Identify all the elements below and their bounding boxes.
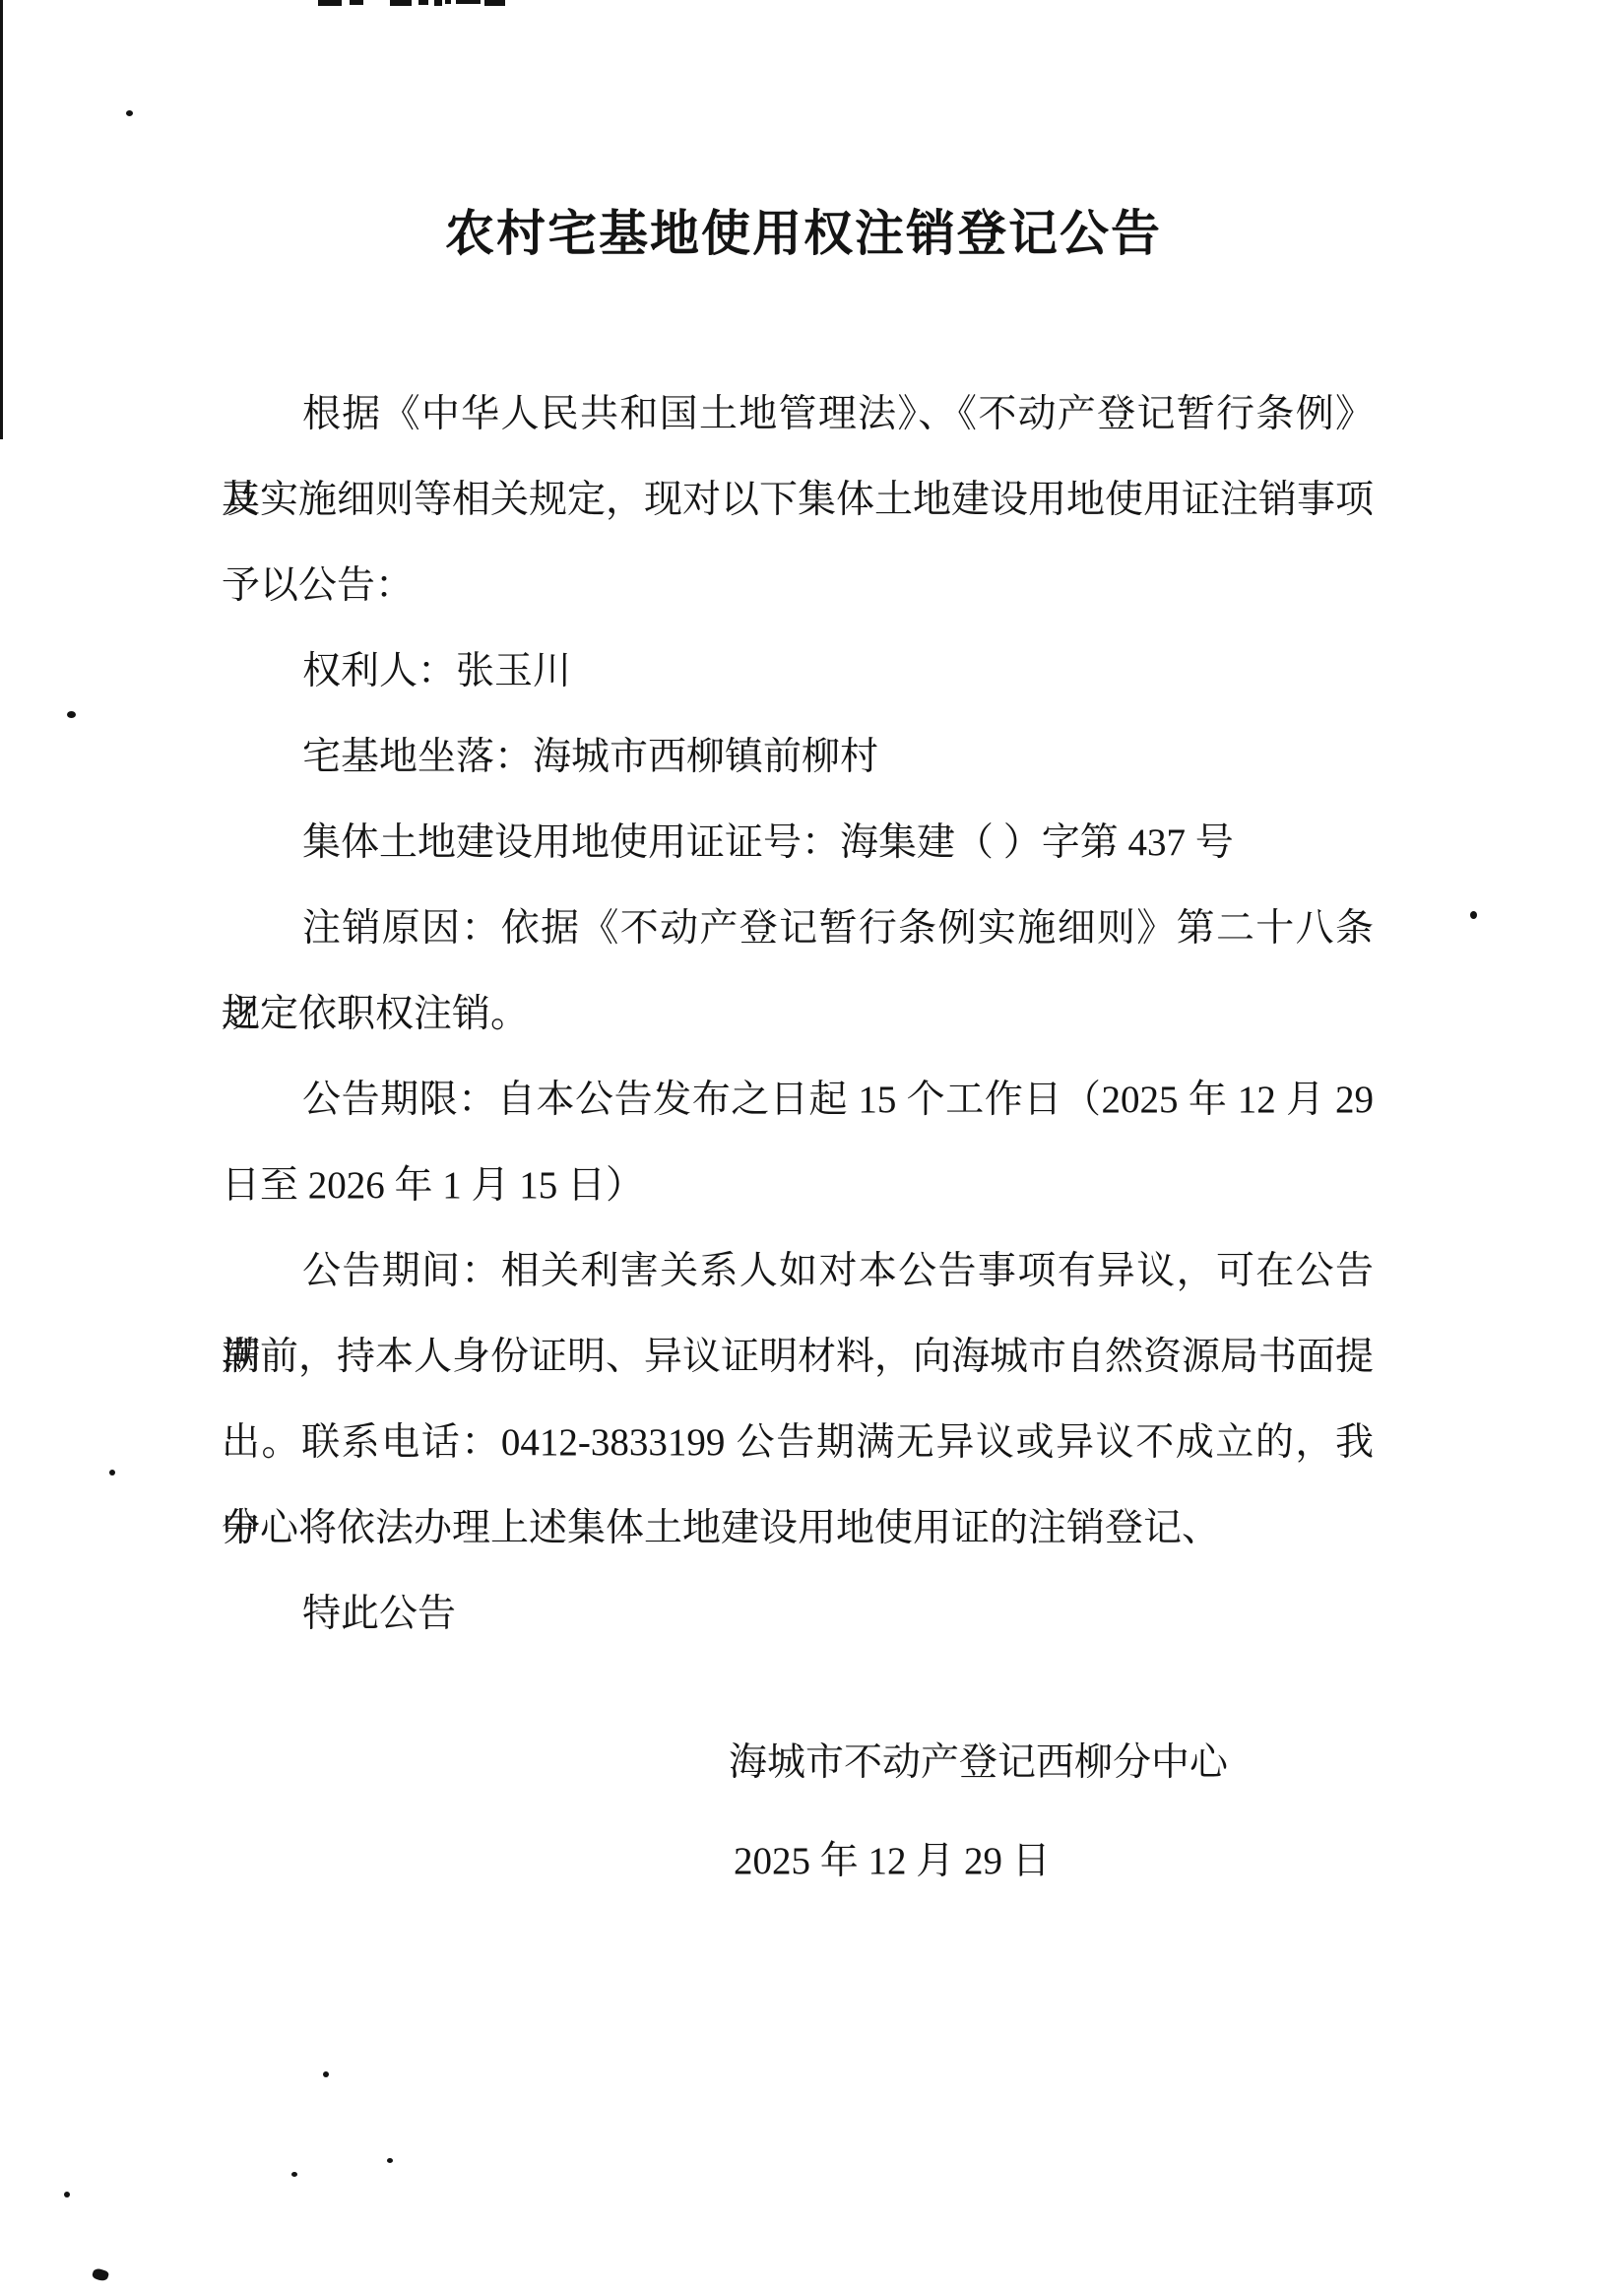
- cancellation-reason-line: 注销原因：依据《不动产登记暂行条例实施细则》第二十八条之: [222, 886, 1374, 971]
- notice-body: 根据《中华人民共和国土地管理法》、《不动产登记暂行条例》及 其实施细则等相关规定…: [222, 371, 1374, 1657]
- contact-phone-line: 出。联系电话：0412-3833199 公告期满无异议或异议不成立的，我分: [222, 1400, 1374, 1485]
- page-top-artifact: [390, 0, 412, 6]
- scanned-notice-page: 农村宅基地使用权注销登记公告 根据《中华人民共和国土地管理法》、《不动产登记暂行…: [0, 0, 1607, 2296]
- scan-speck: [126, 110, 133, 116]
- closing-line: 特此公告: [222, 1571, 1374, 1657]
- issuer-block: 海城市不动产登记西柳分中心: [729, 1741, 1228, 1785]
- body-line: 规定依职权注销。: [222, 971, 1374, 1057]
- body-line: 其实施细则等相关规定，现对以下集体土地建设用地使用证注销事项: [222, 457, 1374, 543]
- scan-speck: [387, 2158, 393, 2163]
- notice-period-line: 日至 2026 年 1 月 15 日）: [222, 1143, 1374, 1228]
- scan-speck: [67, 711, 76, 718]
- rights-holder-line: 权利人：张玉川: [222, 628, 1374, 714]
- certificate-number-line: 集体土地建设用地使用证证号：海集建（ ）字第 437 号: [222, 800, 1374, 886]
- page-top-artifact: [434, 0, 442, 6]
- page-top-artifact: [484, 0, 505, 6]
- body-line: 予以公告：: [222, 543, 1374, 628]
- scan-speck: [92, 2267, 110, 2282]
- homestead-location-line: 宅基地坐落：海城市西柳镇前柳村: [222, 714, 1374, 800]
- page-top-artifact: [350, 0, 363, 5]
- notice-period-line: 公告期限：自本公告发布之日起 15 个工作日（2025 年 12 月 29: [222, 1057, 1374, 1143]
- page-top-artifact: [318, 0, 342, 6]
- scan-speck: [1470, 911, 1477, 919]
- page-top-artifact: [456, 0, 481, 4]
- objection-line: 满前，持本人身份证明、异议证明材料，向海城市自然资源局书面提: [222, 1314, 1374, 1400]
- body-line: 中心将依法办理上述集体土地建设用地使用证的注销登记、: [222, 1485, 1374, 1571]
- scan-speck: [291, 2172, 297, 2177]
- scan-speck: [64, 2192, 70, 2198]
- scan-speck: [323, 2071, 329, 2077]
- page-top-artifact: [418, 0, 428, 5]
- scan-speck: [109, 1470, 115, 1476]
- notice-title: 农村宅基地使用权注销登记公告: [0, 201, 1607, 266]
- issue-date: 2025 年 12 月 29 日: [734, 1840, 1051, 1883]
- objection-line: 公告期间：相关利害关系人如对本公告事项有异议，可在公告期: [222, 1228, 1374, 1314]
- issuer-name: 海城市不动产登记西柳分中心: [729, 1741, 1228, 1785]
- body-line: 根据《中华人民共和国土地管理法》、《不动产登记暂行条例》及: [222, 371, 1374, 457]
- page-top-artifact: [445, 0, 451, 4]
